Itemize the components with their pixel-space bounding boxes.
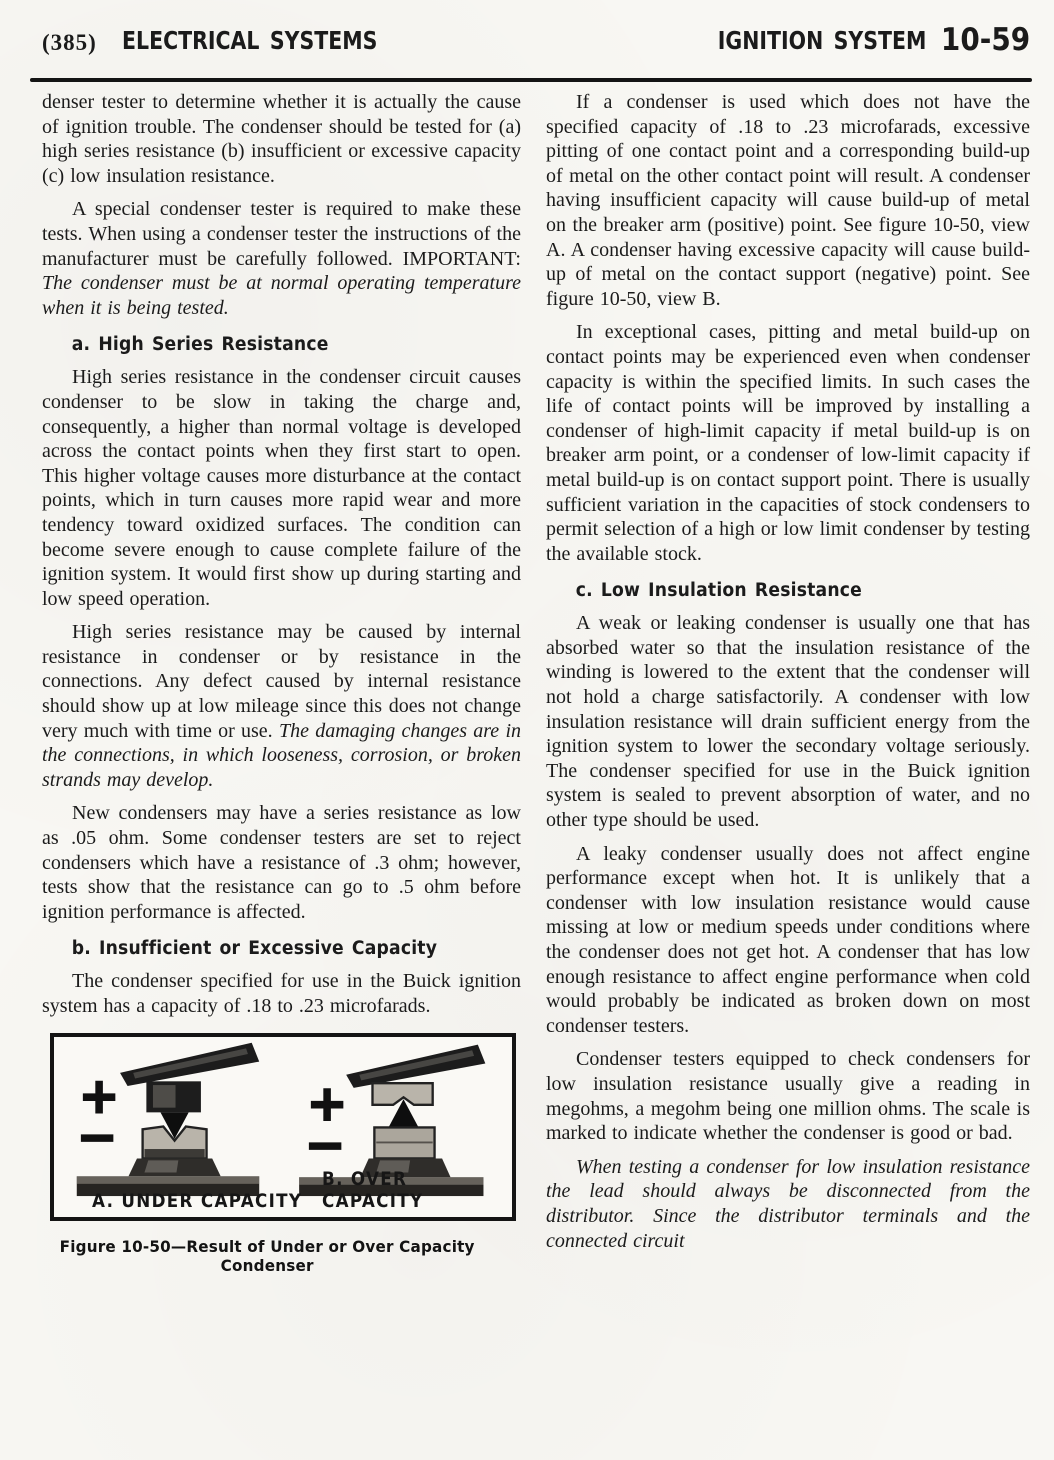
paragraph-italic-text: When testing a condenser for low insulat… xyxy=(546,1156,1030,1252)
paragraph-exceptional-cases: In exceptional cases, pitting and metal … xyxy=(546,320,1030,566)
figure-label-over-capacity: B. OVER CAPACITY xyxy=(322,1168,489,1212)
paragraph-special-tester: A special condenser tester is required t… xyxy=(42,197,521,320)
paragraph-high-series-1: High series resistance in the condenser … xyxy=(42,365,521,611)
heading-high-series-resistance: a. High Series Resistance xyxy=(42,334,487,355)
minus-icon: − xyxy=(305,1116,346,1173)
paragraph-condenser-tester: denser tester to determine whether it is… xyxy=(42,90,521,188)
paragraph-weak-condenser: A weak or leaking condenser is usually o… xyxy=(546,611,1030,832)
right-column: If a condenser is used which does not ha… xyxy=(546,90,1030,1262)
paragraph-capacity-effects: If a condenser is used which does not ha… xyxy=(546,90,1030,311)
section-title: IGNITION SYSTEM xyxy=(717,26,926,55)
manual-page: { "header": { "page_number": "(385)", "s… xyxy=(0,0,1054,1460)
heading-low-insulation-resistance: c. Low Insulation Resistance xyxy=(546,580,996,601)
paragraph-testing-note: When testing a condenser for low insulat… xyxy=(546,1155,1030,1253)
paragraph-high-series-2: High series resistance may be caused by … xyxy=(42,620,521,792)
left-column: denser tester to determine whether it is… xyxy=(42,90,521,1275)
header-divider xyxy=(30,78,1032,82)
minus-icon: − xyxy=(77,1108,118,1165)
paragraph-capacity-spec: The condenser specified for use in the B… xyxy=(42,969,521,1018)
paragraph-italic-text: The condenser must be at normal operatin… xyxy=(42,272,521,319)
paragraph-leaky-condenser: A leaky condenser usually does not affec… xyxy=(546,842,1030,1039)
paragraph-text: A special condenser tester is required t… xyxy=(42,198,521,269)
paragraph-megohm-testers: Condenser testers equipped to check cond… xyxy=(546,1047,1030,1145)
figure-label-under-capacity: A. UNDER CAPACITY xyxy=(92,1190,302,1212)
figure-10-50: + − + − A. UNDER CAPACITY B. OVER xyxy=(50,1033,516,1221)
page-code: 10-59 xyxy=(941,22,1030,58)
heading-insufficient-excessive-capacity: b. Insufficient or Excessive Capacity xyxy=(42,938,487,959)
chapter-title: ELECTRICAL SYSTEMS xyxy=(122,26,377,55)
paragraph-new-condensers: New condensers may have a series resista… xyxy=(42,801,521,924)
under-capacity-illustration: + − xyxy=(56,1039,280,1197)
page-number: (385) xyxy=(42,30,97,56)
figure-caption: Figure 10-50—Result of Under or Over Cap… xyxy=(42,1237,492,1275)
